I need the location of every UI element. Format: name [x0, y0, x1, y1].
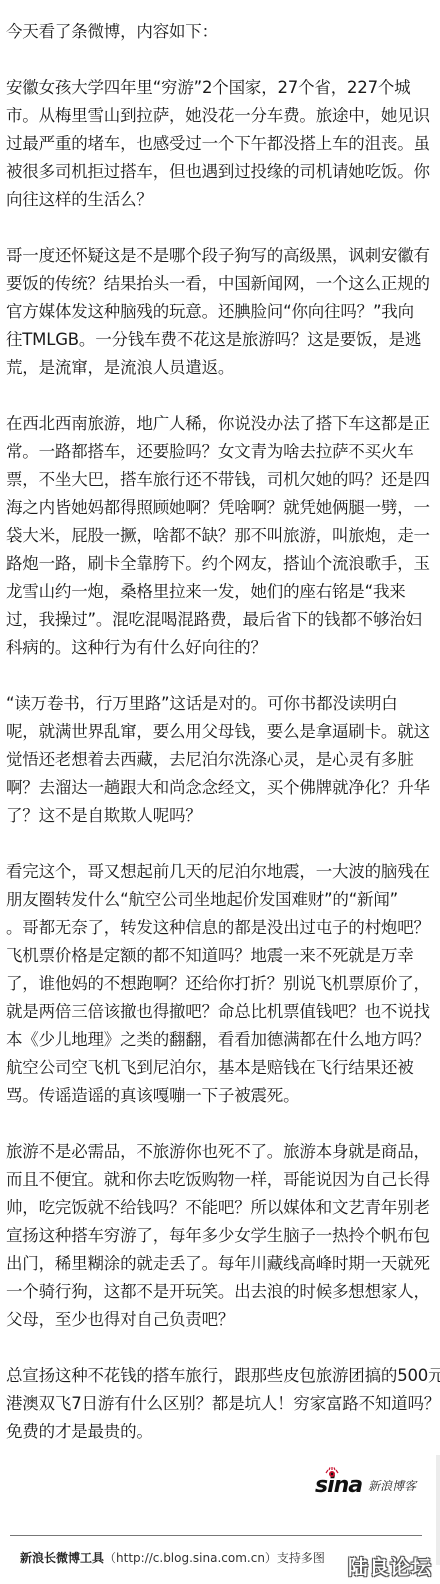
text-line: 海之内皆她妈都得照顾她啊？凭啥啊？就凭她俩腿一劈，一 [6, 494, 426, 522]
text-line: 过最严重的堵车，也感受过一个下午都没搭上车的沮丧。虽 [6, 130, 426, 158]
long-weibo-tool-credit: 新浪长微博工具（http://c.blog.sina.com.cn）支持多图 [20, 1549, 325, 1566]
text-line: 航空公司空飞机飞到尼泊尔，基本是赔钱在飞行结果还被 [6, 1054, 426, 1082]
blog-footer: sina 新浪博客 新浪长微博工具（http://c.blog.sina.com… [0, 1455, 440, 1584]
text-line: 总宣扬这种不花钱的搭车旅行，跟那些皮包旅游团搞的500元 [6, 1362, 426, 1390]
text-line: 旅游不是必需品，不旅游你也死不了。旅游本身就是商品， [6, 1138, 426, 1166]
paragraph-gap [6, 46, 426, 74]
paragraph-gap [6, 830, 426, 858]
text-line: 而且不便宜。就和你去吃饭购物一样，哥能说因为自己长得 [6, 1166, 426, 1194]
paragraph-gap [6, 1334, 426, 1362]
paragraph: 在西北西南旅游，地广人稀，你说没办法了搭下车这都是正常。一路都搭车，还要脸吗？女… [6, 410, 426, 662]
text-line: 朋友圈转发什么“航空公司坐地起价发国难财”的“新闻” [6, 886, 426, 914]
text-line: 出门，稀里糊涂的就走丢了。每年川藏线高峰时期一天就死 [6, 1250, 426, 1278]
tool-name: 新浪长微博工具 [20, 1551, 104, 1565]
paragraph-gap [6, 662, 426, 690]
paragraph: “读万卷书，行万里路”这话是对的。可你书都没读明白呢，就满世界乱窜，要么用父母钱… [6, 690, 426, 830]
text-line: 看完这个，哥又想起前几天的尼泊尔地震，一大波的脑残在 [6, 858, 426, 886]
text-line: 龙雪山约一炮，桑格里拉来一发，她们的座右铭是“我来 [6, 578, 426, 606]
text-line: 就是两倍三倍该撤也得撤吧？命总比机票值钱吧？也不说找 [6, 998, 426, 1026]
paragraph: 今天看了条微博，内容如下： [6, 18, 426, 46]
text-line: 港澳双飞7日游有什么区别？都是坑人！穷家富路不知道吗？ [6, 1390, 426, 1418]
text-line: 觉悟还老想着去西藏，去尼泊尔洗涤心灵，是心灵有多脏 [6, 746, 426, 774]
paragraph-gap [6, 214, 426, 242]
paragraph-gap [6, 1110, 426, 1138]
sina-blog-logo[interactable]: sina 新浪博客 [315, 1473, 416, 1498]
text-line: 一个骑行狗，这都不是开玩笑。出去浪的时候多想想家人， [6, 1278, 426, 1306]
tool-suffix: 支持多图 [277, 1551, 325, 1565]
text-line: 帅，吃完饭就不给钱吗？不能吧？所以媒体和文艺青年别老 [6, 1194, 426, 1222]
text-line: 市。从梅里雪山到拉萨，她没花一分车费。旅途中，她见识 [6, 102, 426, 130]
text-line: 向往这样的生活么？ [6, 186, 426, 214]
footer-divider [10, 1535, 422, 1536]
text-line: 父母，至少也得对自己负责吧？ [6, 1306, 426, 1334]
paragraph: 哥一度还怀疑这是不是哪个段子狗写的高级黑，讽刺安徽有要饭的传统？结果抬头一看，中… [6, 242, 426, 382]
paragraph: 总宣扬这种不花钱的搭车旅行，跟那些皮包旅游团搞的500元港澳双飞7日游有什么区别… [6, 1362, 426, 1446]
paragraph: 安徽女孩大学四年里“穷游”2个国家，27个省，227个城市。从梅里雪山到拉萨，她… [6, 74, 426, 214]
text-line: 呢，就满世界乱窜，要么用父母钱，要么是拿逼刷卡。就这 [6, 718, 426, 746]
text-line: 免费的才是最贵的。 [6, 1418, 426, 1446]
text-line: 官方媒体发这种脑残的玩意。还腆脸问“你向往吗？”我向 [6, 298, 426, 326]
text-line: 。哥都无奈了，转发这种信息的都是没出过屯子的村炮吧？ [6, 914, 426, 942]
text-line: 荒，是流窜，是流浪人员遣返。 [6, 354, 426, 382]
paragraph-gap [6, 382, 426, 410]
text-line: “读万卷书，行万里路”这话是对的。可你书都没读明白 [6, 690, 426, 718]
text-line: 安徽女孩大学四年里“穷游”2个国家，27个省，227个城 [6, 74, 426, 102]
text-line: 过，我操过”。混吃混喝混路费，最后省下的钱都不够治妇 [6, 606, 426, 634]
sina-eye-icon [325, 1467, 339, 1477]
text-line: 本《少儿地理》之类的翻翻，看看加德满都在什么地方吗？ [6, 1026, 426, 1054]
text-line: 被很多司机拒过搭车，但也遇到过投缘的司机请她吃饭。你 [6, 158, 426, 186]
forum-watermark: 陆良论坛 [348, 1551, 432, 1580]
text-line: 了，谁他妈的不想跑啊？还给你打折？别说飞机票原价了， [6, 970, 426, 998]
paragraph: 旅游不是必需品，不旅游你也死不了。旅游本身就是商品，而且不便宜。就和你去吃饭购物… [6, 1138, 426, 1334]
paragraph: 看完这个，哥又想起前几天的尼泊尔地震，一大波的脑残在朋友圈转发什么“航空公司坐地… [6, 858, 426, 1110]
text-line: 票，不坐大巴，搭车旅行还不带钱，司机欠她的吗？还是四 [6, 466, 426, 494]
text-line: 了？这不是自欺欺人呢吗？ [6, 802, 426, 830]
text-line: 啊？去溜达一趟跟大和尚念念经文，买个佛牌就净化？升华 [6, 774, 426, 802]
text-line: 袋大米，屁股一撅，啥都不缺？那不叫旅游，叫旅炮，走一 [6, 522, 426, 550]
sina-blog-label: 新浪博客 [368, 1477, 416, 1494]
article-body: 今天看了条微博，内容如下：安徽女孩大学四年里“穷游”2个国家，27个省，227个… [6, 18, 426, 1446]
text-line: 要饭的传统？结果抬头一看，中国新闻网，一个这么正规的 [6, 270, 426, 298]
text-line: 飞机票价格是定额的都不知道吗？地震一来不死就是万幸 [6, 942, 426, 970]
tool-url-link[interactable]: （http://c.blog.sina.com.cn） [104, 1551, 277, 1565]
text-line: 往TMLGB。一分钱车费不花这是旅游吗？这是要饭，是逃 [6, 326, 426, 354]
text-line: 科病的。这种行为有什么好向往的？ [6, 634, 426, 662]
text-line: 宣扬这种搭车穷游了，每年多少女学生脑子一热拎个帆布包 [6, 1222, 426, 1250]
text-line: 常。一路都搭车，还要脸吗？女文青为啥去拉萨不买火车 [6, 438, 426, 466]
text-line: 今天看了条微博，内容如下： [6, 18, 426, 46]
text-line: 哥一度还怀疑这是不是哪个段子狗写的高级黑，讽刺安徽有 [6, 242, 426, 270]
text-line: 骂。传谣造谣的真该嘎嘣一下子被震死。 [6, 1082, 426, 1110]
text-line: 在西北西南旅游，地广人稀，你说没办法了搭下车这都是正 [6, 410, 426, 438]
text-line: 路炮一路，刷卡全靠胯下。约个网友，搭讪个流浪歌手，玉 [6, 550, 426, 578]
sina-logo-wordmark: sina [315, 1473, 362, 1498]
